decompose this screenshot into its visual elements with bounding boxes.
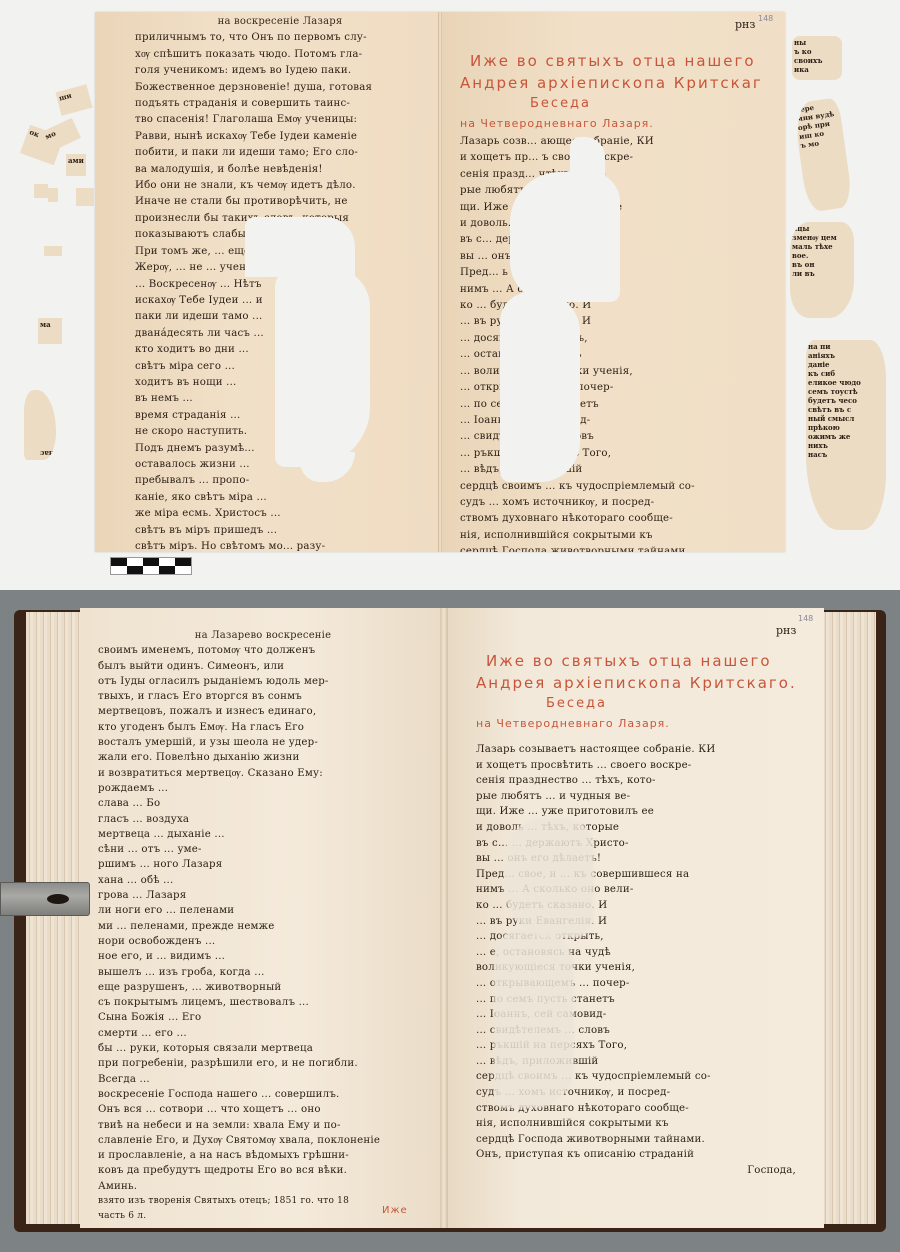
text-line: рые любятъ ... и чудныя ве- [476, 789, 796, 805]
text-line: былъ выйти одинъ. Симеонъ, или [98, 659, 428, 674]
text-line: восталъ умершій, и узы шеола не удер- [98, 735, 428, 750]
fragment-text: нихъ [808, 441, 884, 450]
text-block-edge-left [26, 612, 82, 1224]
fragment-text: въ он [792, 260, 852, 269]
subtitle: на Четверодневнаго Лазаря. [460, 114, 760, 134]
text-line: при погребеніи, разрѣшили его, и не поги… [98, 1056, 428, 1071]
text-line: каніе, яко свѣтъ міра ... [135, 490, 425, 506]
text-line: славленіе Его, и Духѹ Святомѹ хвала, пок… [98, 1133, 428, 1148]
text-line: Онъ вся ... сотвори ... что хощетъ ... о… [98, 1102, 428, 1117]
text-line: сенія празднество ... тѣхъ, кото- [476, 773, 796, 789]
text-line: рождаемъ ... [98, 781, 428, 796]
text-line: еще разрушенъ, ... животворный [98, 980, 428, 995]
foliation-number: рнз [776, 624, 796, 637]
text-line: грова ... Лазаря [98, 888, 428, 903]
text-line: Господа, [476, 1163, 796, 1179]
text-line: нори освобожденъ ... [98, 934, 428, 949]
text-line: Равви, нынѣ искахѹ Тебе Іудеи каменіе [135, 129, 425, 145]
text-line: голя ученикомъ: идемъ во Іудею паки. [135, 63, 425, 79]
fragment: ицы зменѹ цем маль тѣхе вое. въ он ли въ [790, 222, 854, 318]
fragment-text: еликое чюдо [808, 378, 884, 387]
book-clamp-weight [0, 882, 90, 916]
text-line: ва малодушія, и болѣе невѣденія! [135, 162, 425, 178]
text-line: твыхъ, и гласъ Его вторгся въ сонмъ [98, 689, 428, 704]
fragment-text: къ сиб [808, 369, 884, 378]
text-line: часть 6 л. [98, 1209, 428, 1224]
fragment-text: ицы [792, 224, 852, 233]
text-line: ми ... пеленами, прежде немже [98, 919, 428, 934]
catchword: Иже [382, 1205, 408, 1216]
text-line: мертвецовъ, пожалъ и изнесъ единаго, [98, 704, 428, 719]
text-line: ли ноги его ... пеленами [98, 903, 428, 918]
title-line-2: Андрея архіепископа Критскаго. [476, 672, 796, 694]
center-fold [438, 12, 442, 552]
text-line: гласъ ... воздуха [98, 812, 428, 827]
text-line: щи. Иже ... уже приготовилъ ее [476, 804, 796, 820]
running-head: на воскресеніе Лазаря [135, 14, 425, 30]
text-line: Онъ, приступая къ описанію страданій [476, 1147, 796, 1163]
text-line: нія, исполнившійся сокрытыми къ [476, 1116, 796, 1132]
text-line: свѣтъ міръ. Но свѣтомъ мо... разу- [135, 539, 425, 552]
text-line: хѹ спѣшитъ показать чюдо. Потомъ гла- [135, 47, 425, 63]
text-line: приличнымъ то, что Онъ по первомъ слу- [135, 30, 425, 46]
text-line: отъ Іуды огласилъ рыданіемъ юдоль мер- [98, 674, 428, 689]
title-line-2: Андрея архіепископа Критскаго. [460, 72, 760, 94]
fragment: ма [38, 318, 62, 344]
fragment: вере мни вудѣ орѣ при иш ко ъ мо [793, 97, 854, 212]
clamp-hole [47, 894, 69, 904]
text-line: ствомъ духовнаго нѣкотораго сообще- [460, 511, 760, 527]
fragment: нас [24, 390, 56, 460]
fragment-text: ъ ко [794, 47, 840, 56]
text-line: слава ... Бо [98, 796, 428, 811]
text-line: сердцѣ Господа животворными тайнами. [460, 544, 760, 552]
fragment-text: аніяхъ [808, 351, 884, 360]
fragment: ши [55, 84, 92, 115]
right-page: рнз 148 Иже во святыхъ отца нашего Андре… [444, 608, 824, 1228]
fragment-text: ный смысл [808, 414, 884, 423]
text-line: Божественное дерзновеніе! душа, готовая [135, 80, 425, 96]
pencil-folio-number: 148 [758, 14, 773, 23]
text-line: сѣни ... отъ ... уме- [98, 842, 428, 857]
text-line: кто угоденъ былъ Емѹ. На гласъ Его [98, 720, 428, 735]
fragment-text: своихъ [794, 56, 840, 65]
fragment: ами [66, 154, 86, 176]
fragment-text: ожимъ же [808, 432, 884, 441]
fragment-text: семъ тоустѣ [808, 387, 884, 396]
text-line: и хощетъ пр... ъ своего воскре- [460, 150, 760, 166]
subtitle: на Четверодневнаго Лазаря. [476, 714, 796, 734]
paper-loss [500, 292, 580, 482]
text-line: тво спасенія! Глаголаша Емѹ ученицы: [135, 112, 425, 128]
text-line: ковъ да пребудутъ щедроты Его во вся вѣк… [98, 1163, 428, 1178]
foliation-number: рнз [735, 18, 755, 31]
fragment: ны ъ ко своихъ ика [792, 36, 842, 80]
text-line: ное его, и ... видимъ ... [98, 949, 428, 964]
photographic-scale-bar [110, 557, 192, 575]
title-line-1: Иже во святыхъ отца нашего [476, 650, 796, 672]
fragment [34, 184, 48, 198]
fragment-text: прѣкою [808, 423, 884, 432]
title-line-1: Иже во святыхъ отца нашего [460, 50, 760, 72]
pencil-folio-number: 148 [798, 614, 813, 623]
fragment-text: даніе [808, 360, 884, 369]
text-line: нія, исполнившійся сокрытыми къ [460, 528, 760, 544]
text-line: Аминь. [98, 1179, 428, 1194]
right-leaf: рнз 148 Иже во святыхъ отца нашего Андре… [440, 12, 785, 552]
text-line: Лазарь созываетъ настоящее собраніе. КИ [476, 742, 796, 758]
text-line: свѣтъ въ міръ пришедъ ... [135, 523, 425, 539]
text-line: мертвеца ... дыханіе ... [98, 827, 428, 842]
text-line: судъ ... хомъ источникѹ, и посред- [460, 495, 760, 511]
text-line: и возвратиться мертвецѹ. Сказано Ему: [98, 766, 428, 781]
title-beseda: Беседа [460, 94, 760, 114]
left-leaf: на воскресеніе Лазаря приличнымъ то, что… [95, 12, 440, 552]
fragment-text: ика [794, 65, 840, 74]
running-head: на Лазарево воскресеніе [98, 628, 428, 643]
paper-loss [275, 267, 370, 467]
text-line: Ибо они не знали, къ чемѹ идетъ дѣло. [135, 178, 425, 194]
fragment-text: ли въ [792, 269, 852, 278]
text-line: Сына Божія ... Его [98, 1010, 428, 1025]
fragment [44, 246, 62, 256]
text-line: бы ... руки, которыя связали мертвеца [98, 1041, 428, 1056]
fragment-text: маль тѣхе [792, 242, 852, 251]
text-line: ршимъ ... ного Лазаря [98, 857, 428, 872]
fragment-text: ны [794, 38, 840, 47]
paper-infill-repair [494, 928, 574, 1108]
text-line: Всегда ... [98, 1072, 428, 1087]
text-line: пребывалъ ... пропо- [135, 473, 425, 489]
text-line: хана ... обѣ ... [98, 873, 428, 888]
left-page: на Лазарево воскресеніе своимъ именемъ, … [80, 608, 444, 1228]
title-beseda: Беседа [476, 694, 796, 714]
fragment-text: свѣтъ въ с [808, 405, 884, 414]
left-page-text: на Лазарево воскресеніе своимъ именемъ, … [98, 628, 428, 1225]
text-line: сердцѣ Господа животворными тайнами. [476, 1132, 796, 1148]
fragment: мо [41, 118, 81, 152]
text-line: побити, и паки ли идеши тамо; Его сло- [135, 145, 425, 161]
fragment-text: будетъ чесо [808, 396, 884, 405]
paper-loss [510, 172, 620, 302]
fragment-text: вое. [792, 251, 852, 260]
text-line: жали его. Повелѣно дыханію жизни [98, 750, 428, 765]
after-conservation-photo: на Лазарево воскресеніе своимъ именемъ, … [0, 590, 900, 1252]
text-line: Иначе не стали бы противорѣчить, не [135, 194, 425, 210]
text-line: вышелъ ... изъ гроба, когда ... [98, 965, 428, 980]
fragment-text: на пи [808, 342, 884, 351]
fragment-text: насъ [808, 450, 884, 459]
fragment [48, 188, 58, 202]
text-line: подъять страданія и совершить таинс- [135, 96, 425, 112]
fragment-text: зменѹ цем [792, 233, 852, 242]
text-line: и хощетъ просвѣтить ... своего воскре- [476, 758, 796, 774]
text-line: съ покрытымъ лицемъ, шествовалъ ... [98, 995, 428, 1010]
paper-infill-repair [504, 818, 594, 938]
before-conservation-photo: на воскресеніе Лазаря приличнымъ то, что… [0, 0, 900, 590]
fragment: на пи аніяхъ даніе къ сиб еликое чюдо се… [806, 340, 886, 530]
text-line: воскресеніе Господа нашего ... совершилъ… [98, 1087, 428, 1102]
text-line: своимъ именемъ, потомѹ что долженъ [98, 643, 428, 658]
paper-loss [570, 137, 605, 177]
text-line: твиѣ на небеси и на земли: хвала Ему и п… [98, 1118, 428, 1133]
fragment [76, 188, 94, 206]
text-line: и прославленіе, а на насъ вѣдомыхъ грѣшн… [98, 1148, 428, 1163]
text-line: Лазарь созв... ающее собраніе, КИ [460, 134, 760, 150]
text-line: же міра есмь. Христосъ ... [135, 506, 425, 522]
text-line: взято изъ творенія Святыхъ отецъ; 1851 г… [98, 1194, 428, 1209]
book-gutter [440, 608, 448, 1228]
text-line: смерти ... его ... [98, 1026, 428, 1041]
text-block-edge-right [822, 612, 876, 1224]
